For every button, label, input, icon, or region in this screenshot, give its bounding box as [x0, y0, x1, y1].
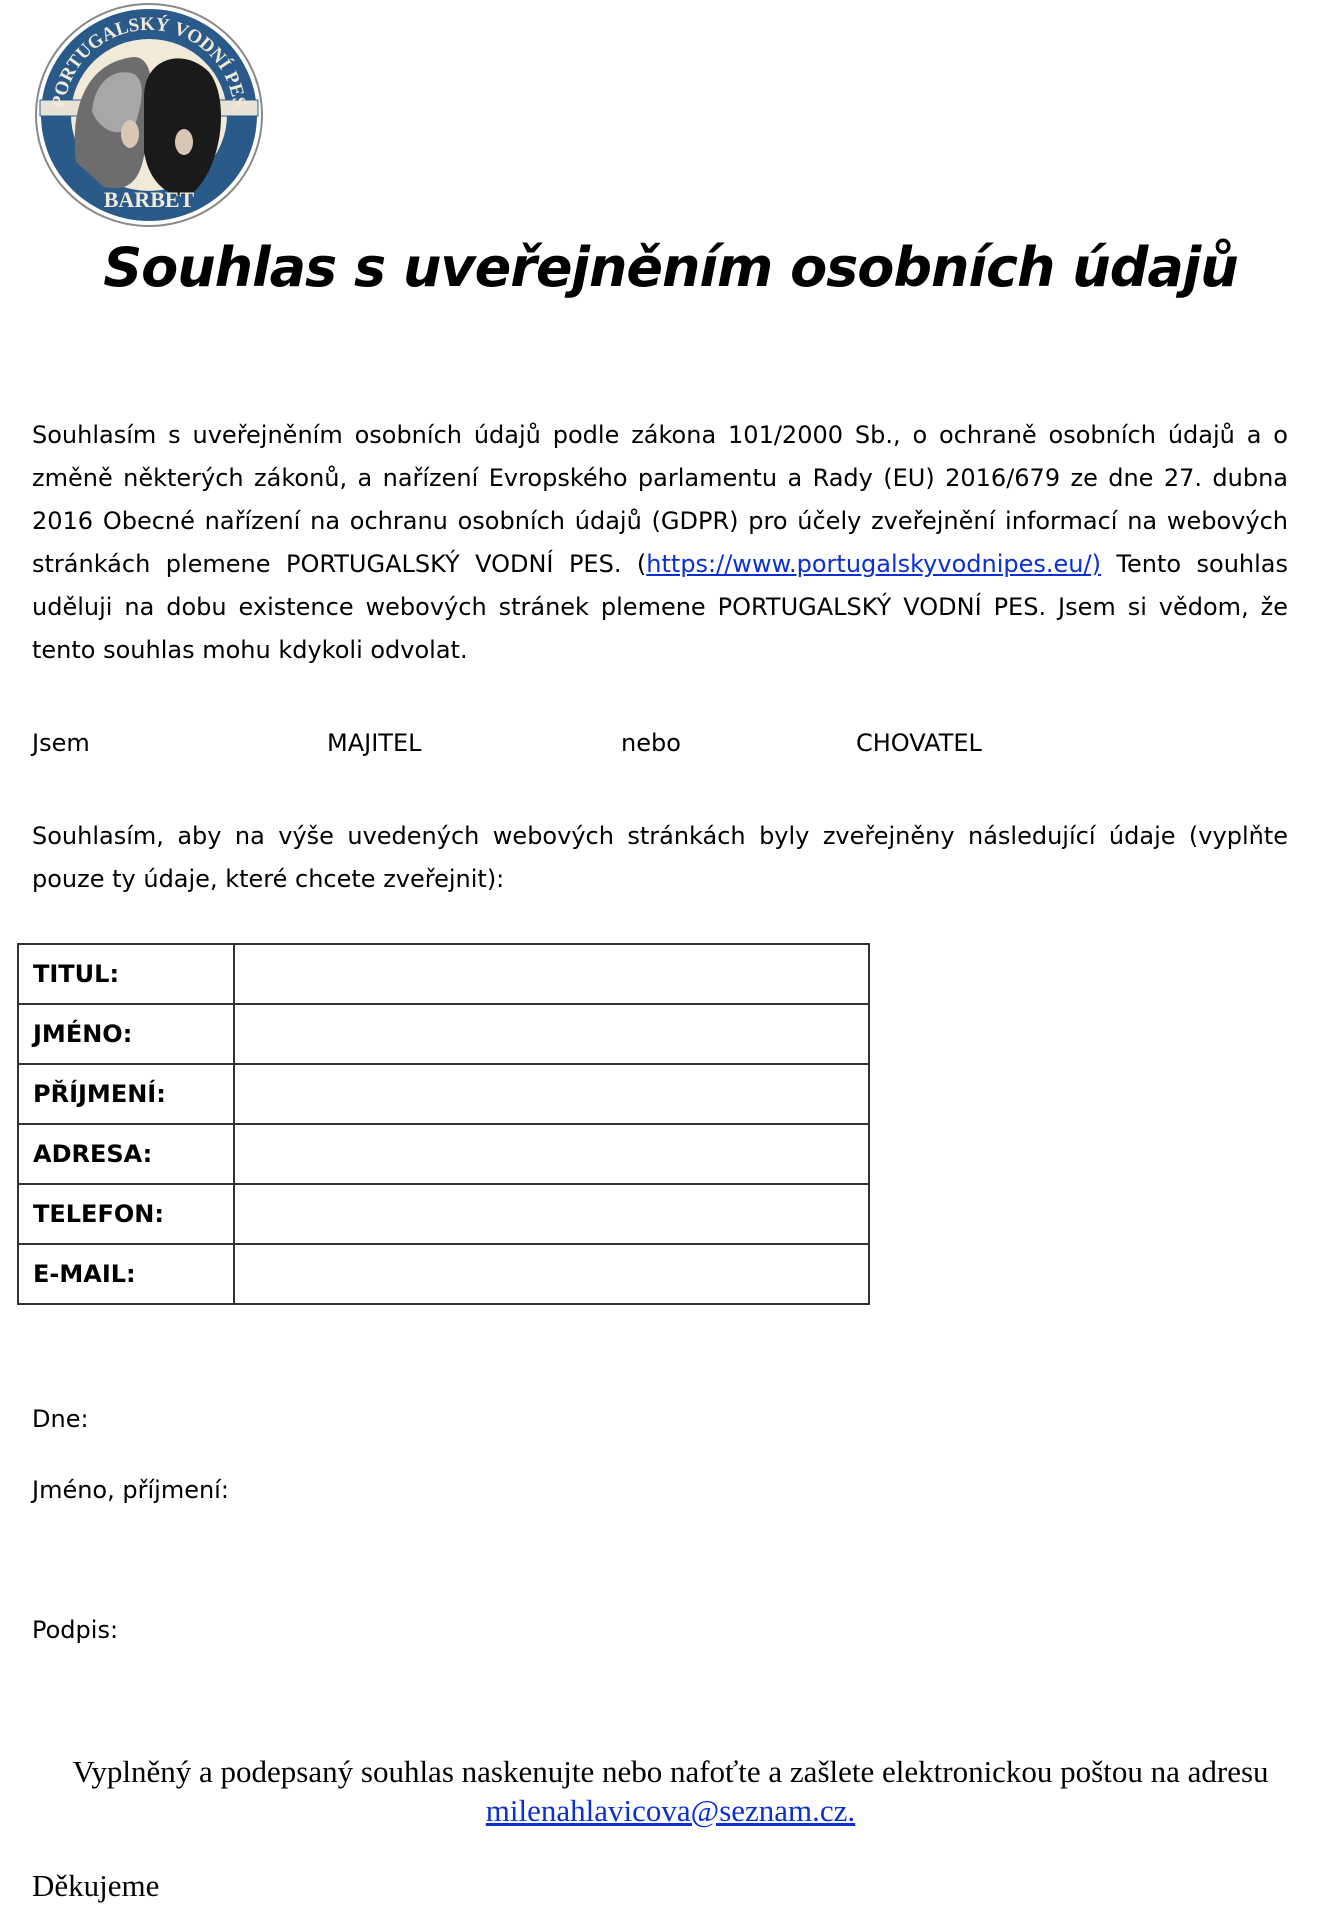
publish-paragraph: Souhlasím, aby na výše uvedených webovýc… — [32, 815, 1288, 901]
field-row: TITUL: — [18, 944, 869, 1004]
role-option-breeder[interactable]: CHOVATEL — [856, 722, 982, 765]
field-row: ADRESA: — [18, 1124, 869, 1184]
field-label: E-MAIL: — [18, 1244, 234, 1304]
website-link[interactable]: https://www.portugalskyvodnipes.eu/) — [646, 550, 1101, 578]
field-label: TELEFON: — [18, 1184, 234, 1244]
consent-paragraph: Souhlasím s uveřejněním osobních údajů p… — [32, 414, 1288, 672]
footer-text: Vyplněný a podepsaný souhlas naskenujte … — [72, 1754, 1268, 1789]
field-value-input[interactable] — [234, 1124, 869, 1184]
role-conjunction: nebo — [621, 722, 681, 765]
date-label: Dne: — [32, 1399, 89, 1439]
footer-instructions: Vyplněný a podepsaný souhlas naskenujte … — [0, 1752, 1341, 1830]
logo-bottom-text: BARBET — [104, 187, 195, 212]
field-row: TELEFON: — [18, 1184, 869, 1244]
field-row: PŘÍJMENÍ: — [18, 1064, 869, 1124]
role-prefix: Jsem — [32, 722, 90, 765]
field-value-input[interactable] — [234, 1184, 869, 1244]
field-label: TITUL: — [18, 944, 234, 1004]
personal-data-table: TITUL:JMÉNO:PŘÍJMENÍ:ADRESA:TELEFON:E-MA… — [17, 943, 870, 1305]
field-label: ADRESA: — [18, 1124, 234, 1184]
signature-label: Podpis: — [32, 1610, 118, 1650]
field-value-input[interactable] — [234, 1064, 869, 1124]
field-label: PŘÍJMENÍ: — [18, 1064, 234, 1124]
email-link[interactable]: milenahlavicova@seznam.cz. — [486, 1793, 855, 1828]
page-title: Souhlas s uveřejněním osobních údajů — [0, 228, 1341, 308]
field-value-input[interactable] — [234, 944, 869, 1004]
closing-text: Děkujeme — [32, 1866, 159, 1906]
field-row: E-MAIL: — [18, 1244, 869, 1304]
field-value-input[interactable] — [234, 1244, 869, 1304]
field-row: JMÉNO: — [18, 1004, 869, 1064]
role-option-owner[interactable]: MAJITEL — [327, 722, 421, 765]
name-label: Jméno, příjmení: — [32, 1470, 229, 1510]
field-value-input[interactable] — [234, 1004, 869, 1064]
field-label: JMÉNO: — [18, 1004, 234, 1064]
breed-logo: PORTUGALSKÝ VODNÍ PES BARBET — [34, 2, 264, 228]
